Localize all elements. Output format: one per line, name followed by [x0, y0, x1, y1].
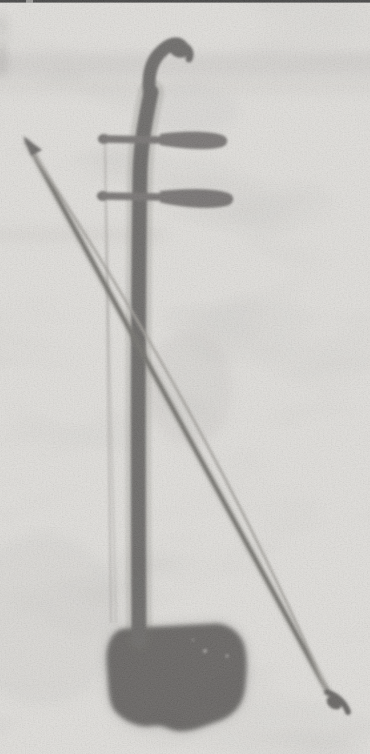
film-grain-light-overlay — [0, 0, 370, 754]
photograph: Grainy black-and-white halftone photogra… — [0, 0, 370, 754]
photo-canvas — [0, 0, 370, 754]
